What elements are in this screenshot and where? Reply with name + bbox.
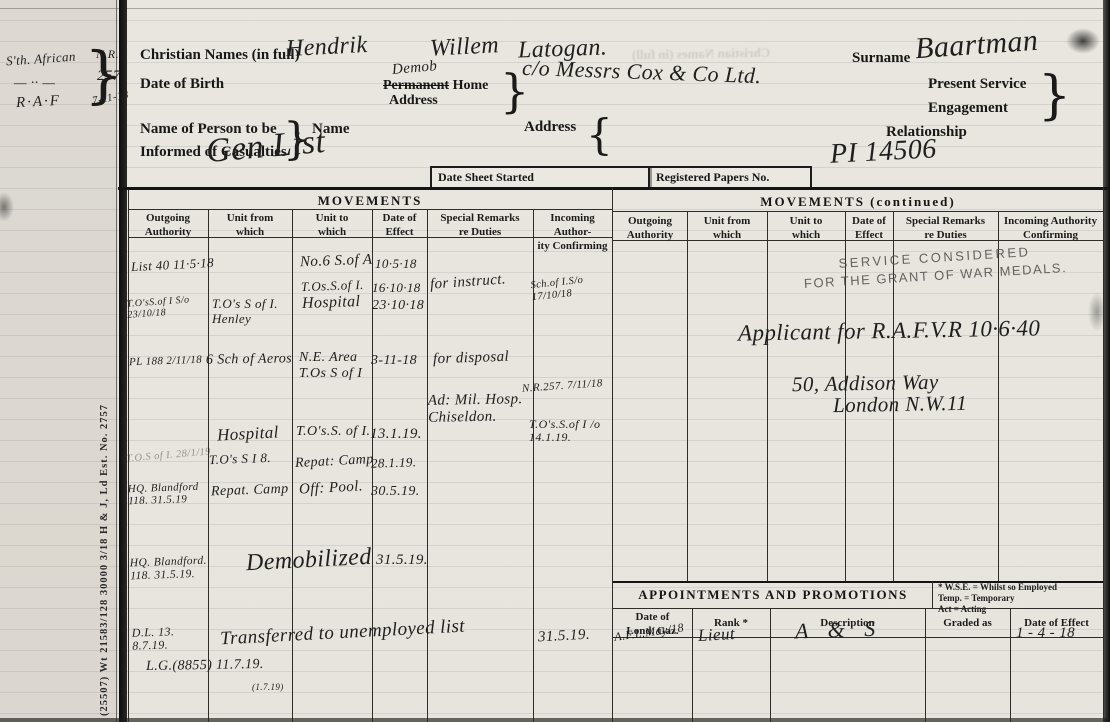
movement-entry: T.O's.S. of I. [296,424,370,440]
movement-entry: for disposal [433,349,510,368]
movement-entry: HQ. Blandford 118. 31.5.19 [128,481,200,508]
top-edge-line [0,8,1110,9]
col-special-remarks: Special Remarks re Duties [427,212,533,240]
movement-entry: Transferred to unemployed list [220,616,466,650]
papers-ref-value: PI 14506 [829,133,937,170]
col-incoming-authority: Incoming Authority Confirming [998,215,1103,243]
movement-entry: (1.7.19) [252,682,284,692]
bottom-page-edge [0,718,1110,722]
movement-entry: 30.5.19. [371,484,420,500]
movements-continued-title: MOVEMENTS (continued) [613,194,1103,210]
movement-entry: L.G.(8855) 11.7.19. [146,657,264,675]
surname-value: Baartman [914,24,1039,66]
applicant-note: Applicant for R.A.F.V.R 10·6·40 [738,315,1041,346]
appointment-description: A & S [795,616,883,644]
movement-entry: 6 Sch of Aeros [206,351,292,368]
christian-name-first: Hendrik [285,32,368,63]
surname-label: Surname [852,50,910,67]
movement-entry: 28.1.19. [371,455,417,471]
grid-line [612,187,613,722]
permanent-label-struck: Permanent [383,78,449,93]
movement-entry: D.L. 13. 8.7.19. [132,625,175,653]
col-outgoing-authority: Outgoing Authority [128,212,208,240]
demob-note: Demob [391,58,438,79]
col-outgoing-authority: Outgoing Authority [613,215,687,243]
service-brace: } [1038,66,1071,126]
address-sub-label: Address [389,93,438,109]
col-special-remarks: Special Remarks re Duties [893,215,998,243]
home-label: Home [449,78,488,93]
margin-257: 257 [97,68,121,85]
engagement-label: Engagement [928,100,1008,117]
appointments-footnote: * W.S.E. = Whilst so Employed Temp. = Te… [938,582,1102,614]
col-date-effect: Date of Effect [845,215,893,243]
address-note-line2: London N.W.11 [833,392,968,418]
col-unit-to: Unit to which [767,215,845,243]
movement-entry: T.Os.S.of I. [301,278,364,295]
registered-papers-label: Registered Papers No. [656,170,769,185]
margin-raf: R·A·F [16,93,62,112]
movement-entry: Demobilized [245,544,372,577]
margin-nr: N.R. [96,48,119,61]
appointments-title: APPOINTMENTS AND PROMOTIONS [613,587,933,603]
movement-entry: HQ. Blandford. 118. 31.5.19. [130,555,208,583]
grid-line [932,581,933,608]
movement-entry: Repat: Camp [295,452,374,472]
print-code: (25507) Wt 21583/128 30000 3/18 H & J, L… [99,404,110,716]
movement-entry: 23·10·18 [372,298,424,314]
christian-name-middle: Willem [429,32,499,62]
grid-line [1103,187,1104,722]
appointment-effect: 1 - 4 - 18 [1016,625,1075,642]
movement-entry: N.E. Area T.Os S of I [299,350,362,381]
movement-entry-faint: T.O.S of I. 28/1/19 [126,446,213,465]
movement-entry: Repat. Camp [211,482,289,500]
right-page-edge [1103,0,1110,722]
dob-label: Date of Birth [140,76,224,93]
margin-dash: — ·· — [14,76,55,92]
war-medals-stamp: SERVICE CONSIDERED FOR THE GRANT OF WAR … [769,240,1100,293]
movements-title: MOVEMENTS [128,193,612,209]
movement-entry: List 40 11·5·18 [131,256,215,275]
grid-line [767,211,768,582]
grid-line [687,211,688,582]
movement-entry: 13.1.19. [370,426,422,443]
grid-line [128,209,613,210]
grid-line [613,608,1103,609]
movement-entry: T.O'sS.of I S/o 23/10/18 [126,293,207,321]
address-brace-left: { [586,110,613,159]
col-date-effect: Date of Effect [372,212,427,240]
movement-entry: 10·5·18 [375,257,417,272]
movement-entry: T.O's S I 8. [209,451,271,468]
movement-entry: Hospital [217,422,280,444]
movement-entry: Off: Pool. [299,478,364,498]
movement-entry: 31.5.19. [538,627,591,646]
record-card-page: (25507) Wt 21583/128 30000 3/18 H & J, L… [0,0,1110,722]
movement-entry: Ad: Mil. Hosp. Chiseldon. [428,391,523,426]
date-sheet-label: Date Sheet Started [438,170,534,185]
present-service-label: Present Service [928,76,1026,93]
christian-names-label: Christian Names (in full) [140,47,300,64]
movement-entry: for instruct. [430,271,507,293]
movement-entry: 3-11-18 [371,353,417,369]
address-label: Address [524,119,576,136]
movement-entry: Sch.of I.S/o 17/10/18 [530,272,612,304]
section-separator [118,187,1110,190]
movement-entry: PL 188 2/11/18 [129,354,202,369]
movement-entry: No.6 S.of A [300,252,373,271]
col-graded-as: Graded as [925,617,1010,631]
col-incoming-authority: Incoming Author- ity Confirming [533,212,612,253]
movement-entry: Hospital [302,293,361,313]
ink-smudge [1066,28,1100,54]
col-unit-to: Unit to which [292,212,372,240]
movement-entry: 31.5.19. [376,552,428,569]
col-unit-from: Unit from which [687,215,767,243]
movement-entry: T.O's.S.of I /o 14.1.19. [529,418,600,445]
movement-entry: T.O's S of I. Henley [212,297,278,326]
movement-entry: 16·10·18 [372,281,421,296]
appointment-rank: Lieut [698,624,736,645]
col-unit-from: Unit from which [208,212,292,240]
grid-line [427,209,428,722]
